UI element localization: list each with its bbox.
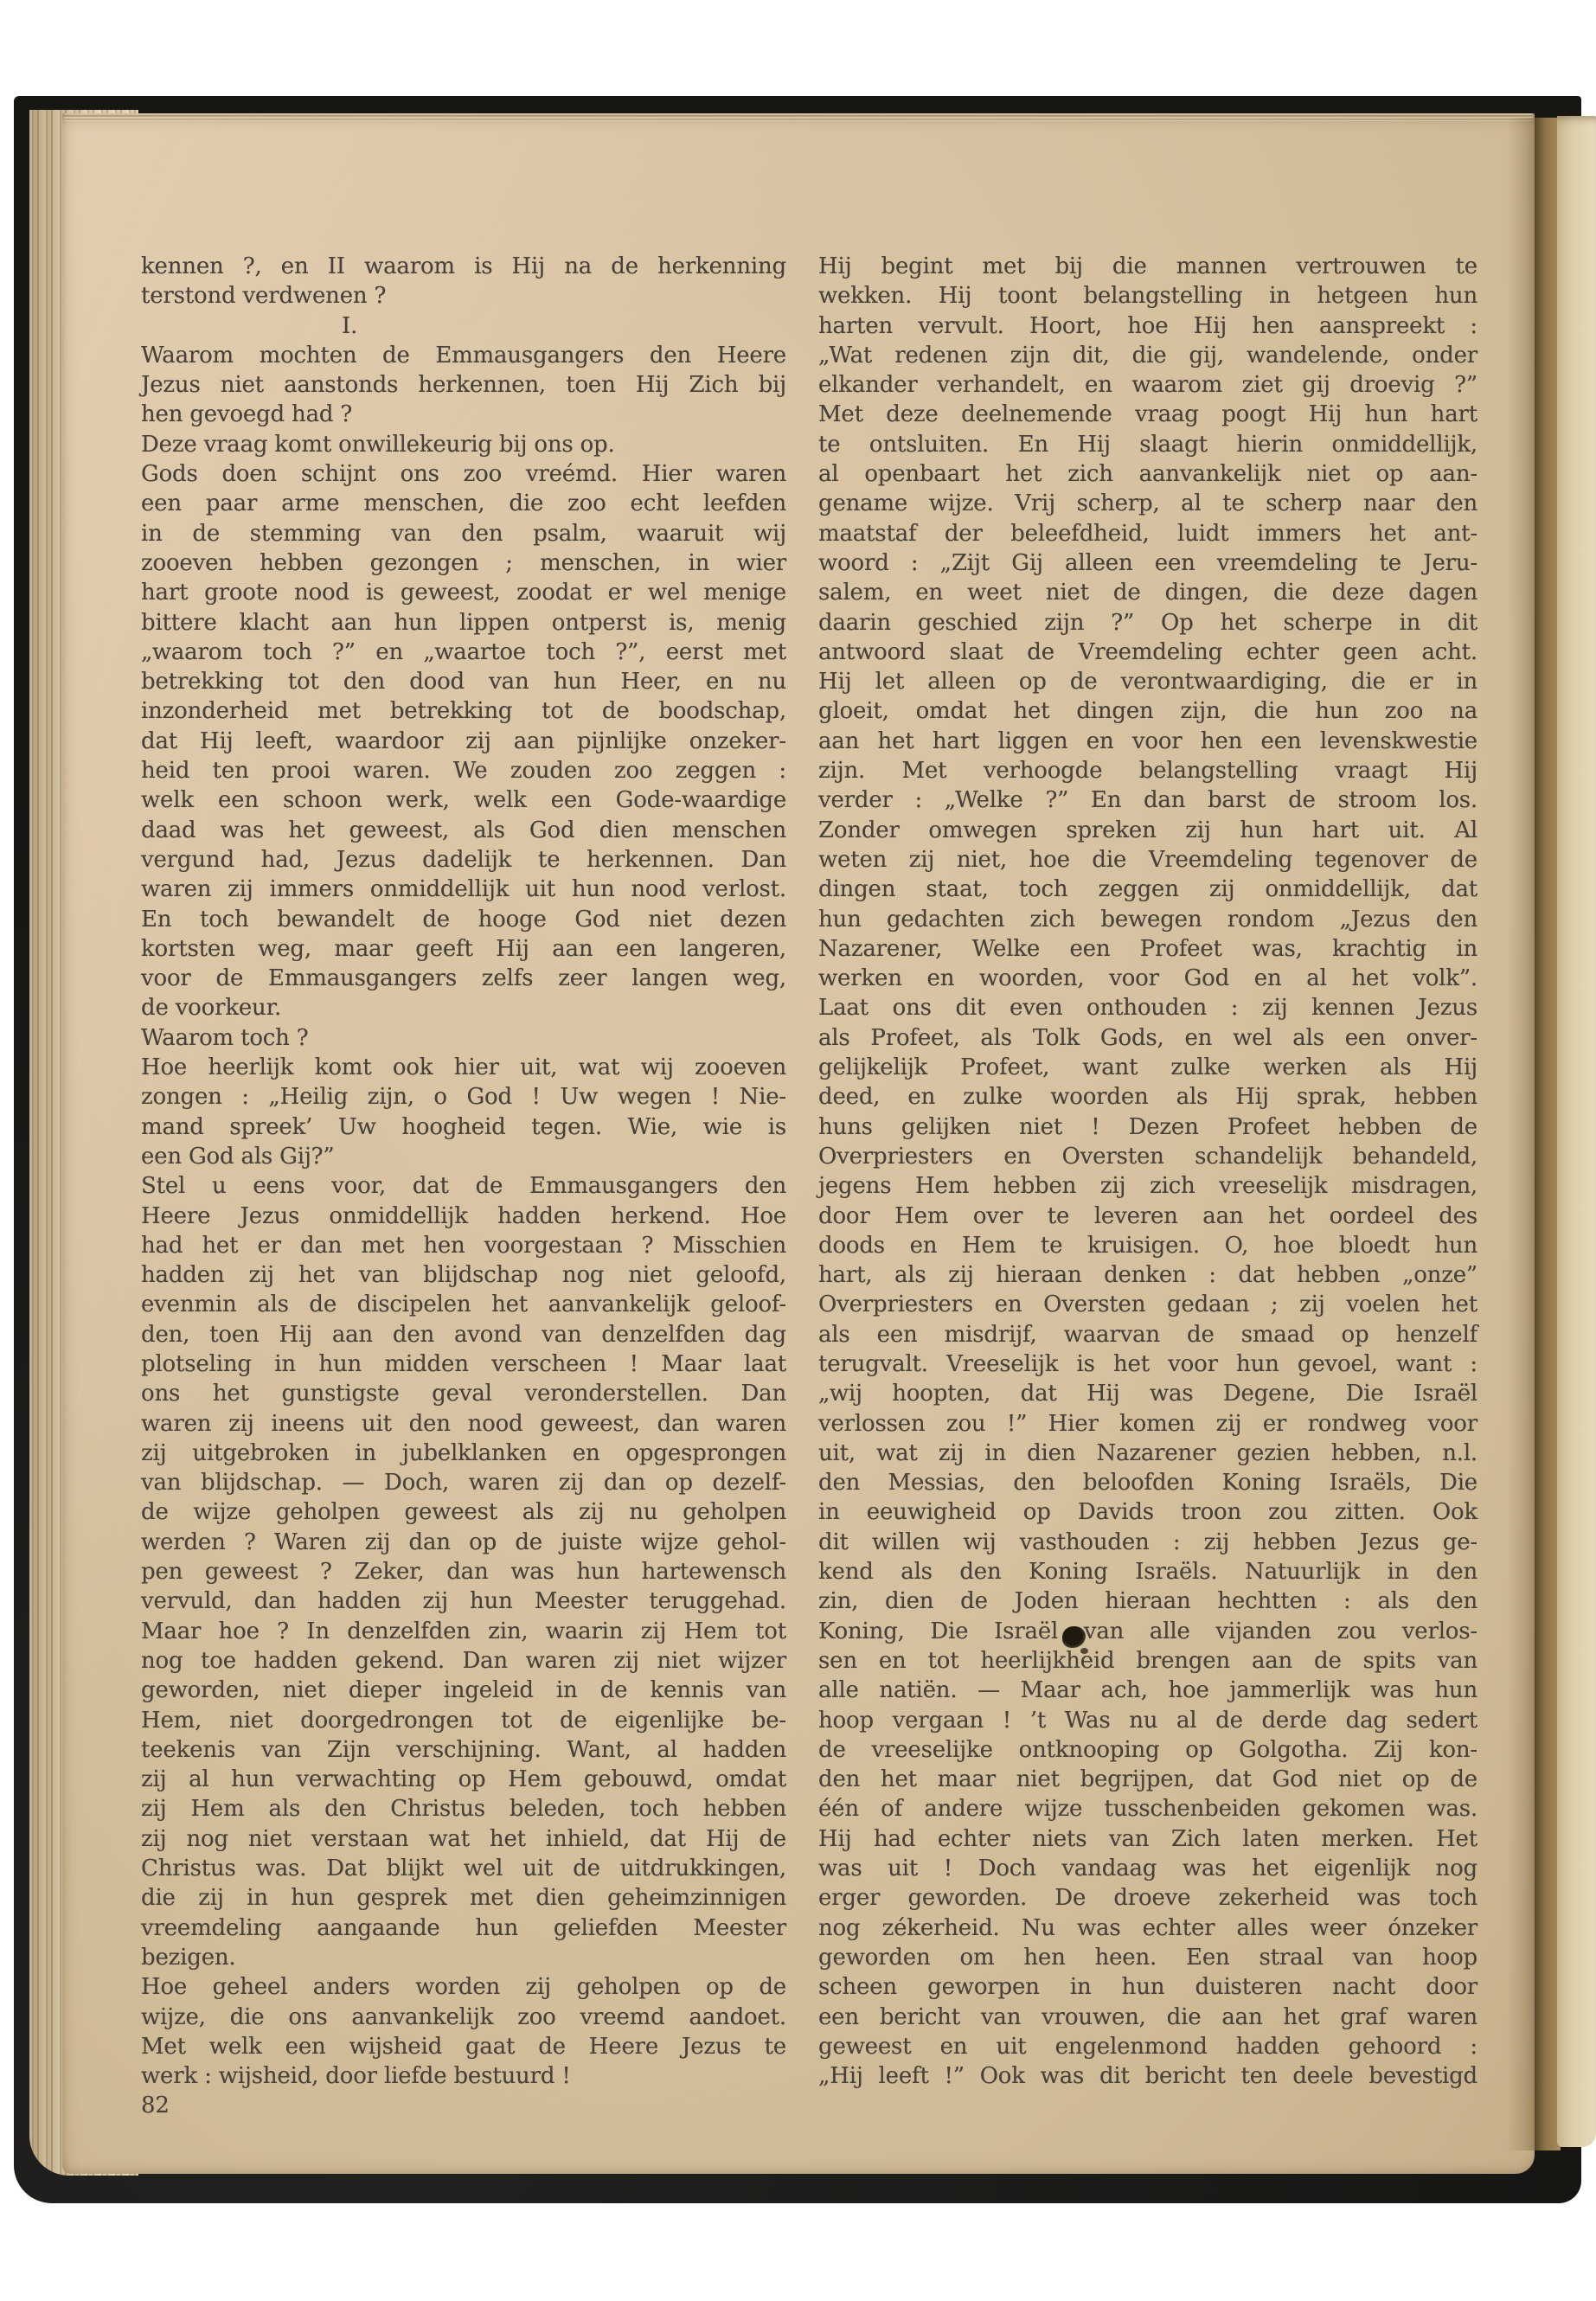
text-line: zijn. Met verhoogde belangstelling vraag… bbox=[818, 756, 1477, 785]
text-line: erger geworden. De droeve zekerheid was … bbox=[818, 1883, 1477, 1913]
text-line: mand spreek’ Uw hoogheid tegen. Wie, wie… bbox=[141, 1112, 786, 1142]
text-line: plotseling in hun midden verscheen ! Maa… bbox=[141, 1349, 786, 1379]
text-line: als Profeet, als Tolk Gods, en wel als e… bbox=[818, 1023, 1477, 1053]
text-line: hart groote nood is geweest, zoodat er w… bbox=[141, 578, 786, 607]
text-line: gloeit, omdat het dingen zijn, die hun z… bbox=[818, 696, 1477, 726]
text-line: deed, en zulke woorden als Hij sprak, he… bbox=[818, 1082, 1477, 1112]
text-line: sen en tot heerlijkheid brengen aan de s… bbox=[818, 1646, 1477, 1676]
text-line: evenmin als de discipelen het aanvankeli… bbox=[141, 1290, 786, 1319]
text-line: terstond verdwenen ? bbox=[141, 281, 786, 311]
text-line: Stel u eens voor, dat de Emmausgangers d… bbox=[141, 1171, 786, 1201]
text-line: kennen ?, en II waarom is Hij na de herk… bbox=[141, 252, 786, 281]
text-line: verder : „Welke ?” En dan barst de stroo… bbox=[818, 785, 1477, 815]
text-line: welk een schoon werk, welk een Gode-waar… bbox=[141, 785, 786, 815]
text-line: ons het gunstigste geval veronderstellen… bbox=[141, 1379, 786, 1408]
text-line: een paar arme menschen, die zoo echt lee… bbox=[141, 489, 786, 518]
text-line: wekken. Hij toont belangstelling in hetg… bbox=[818, 281, 1477, 311]
text-line: Hoe heerlijk komt ook hier uit, wat wij … bbox=[141, 1053, 786, 1082]
text-line: Hij begint met bij die mannen vertrouwen… bbox=[818, 252, 1477, 281]
text-line: wijze, die ons aanvankelijk zoo vreemd a… bbox=[141, 2003, 786, 2032]
text-line: woord : „Zijt Gij alleen een vreemdeling… bbox=[818, 548, 1477, 578]
text-line: uit, wat zij in dien Nazarener gezien he… bbox=[818, 1439, 1477, 1468]
text-line: Hem, niet doorgedrongen tot de eigenlijk… bbox=[141, 1706, 786, 1735]
text-line: door Hem over te leveren aan het oordeel… bbox=[818, 1202, 1477, 1231]
text-line: dingen staat, toch zeggen zij onmiddelli… bbox=[818, 875, 1477, 904]
text-line: in eeuwigheid op Davids troon zou zitten… bbox=[818, 1497, 1477, 1527]
text-line: werken en woorden, voor God en al het vo… bbox=[818, 964, 1477, 993]
text-line: waren zij ineens uit den nood geweest, d… bbox=[141, 1409, 786, 1439]
ink-speck bbox=[1080, 1648, 1088, 1654]
text-line: zij al hun verwachting op Hem gebouwd, o… bbox=[141, 1765, 786, 1794]
text-line: zij Hem als den Christus beleden, toch h… bbox=[141, 1794, 786, 1823]
text-line: maatstaf der beleefdheid, luidt immers h… bbox=[818, 519, 1477, 548]
text-line: die zij in hun gesprek met dien geheimzi… bbox=[141, 1883, 786, 1913]
text-line: in de stemming van den psalm, waaruit wi… bbox=[141, 519, 786, 548]
text-line: geworden, niet dieper ingeleid in de ken… bbox=[141, 1676, 786, 1705]
text-line: vergund had, Jezus dadelijk te herkennen… bbox=[141, 845, 786, 875]
text-line: bezigen. bbox=[141, 1943, 786, 1972]
text-line: den Messias, den beloofden Koning Israël… bbox=[818, 1468, 1477, 1497]
text-line: te ontsluiten. En Hij slaagt hierin onmi… bbox=[818, 430, 1477, 459]
text-line: zij nog niet verstaan wat het inhield, d… bbox=[141, 1824, 786, 1854]
text-line: terugvalt. Vreeselijk is het voor hun ge… bbox=[818, 1349, 1477, 1379]
text-line: verlossen zou !” Hier komen zij er rondw… bbox=[818, 1409, 1477, 1439]
text-line: Laat ons dit even onthouden : zij kennen… bbox=[818, 993, 1477, 1022]
text-line: Overpriesters en Oversten schandelijk be… bbox=[818, 1142, 1477, 1171]
text-line: heid ten prooi waren. We zouden zoo zegg… bbox=[141, 756, 786, 785]
text-line: aan het hart liggen en voor hen een leve… bbox=[818, 727, 1477, 756]
text-line: hen gevoegd had ? bbox=[141, 400, 786, 429]
text-line: Zonder omwegen spreken zij hun hart uit.… bbox=[818, 816, 1477, 845]
text-line: „Wat redenen zijn dit, die gij, wandelen… bbox=[818, 341, 1477, 370]
text-line: inzonderheid met betrekking tot de boods… bbox=[141, 696, 786, 726]
text-line: Deze vraag komt onwillekeurig bij ons op… bbox=[141, 430, 786, 459]
text-line: als een misdrijf, waarvan de smaad op he… bbox=[818, 1320, 1477, 1349]
text-line: werden ? Waren zij dan op de juiste wijz… bbox=[141, 1528, 786, 1557]
gutter-shadow bbox=[1507, 118, 1561, 2150]
text-line: zin, dien de Joden hieraan hechtten : al… bbox=[818, 1586, 1477, 1616]
text-line: kortsten weg, maar geeft Hij aan een lan… bbox=[141, 934, 786, 964]
text-line: teekenis van Zijn verschijning. Want, al… bbox=[141, 1735, 786, 1765]
text-line: vreemdeling aangaande hun geliefden Mees… bbox=[141, 1913, 786, 1943]
text-line: scheen geworpen in hun duisteren nacht d… bbox=[818, 1972, 1477, 2002]
text-line: hun gedachten zich bewegen rondom „Jezus… bbox=[818, 905, 1477, 934]
text-line: een bericht van vrouwen, die aan het gra… bbox=[818, 2003, 1477, 2032]
text-line: Met welk een wijsheid gaat de Heere Jezu… bbox=[141, 2032, 786, 2061]
text-line: van blijdschap. — Doch, waren zij dan op… bbox=[141, 1468, 786, 1497]
text-line: Hij let alleen op de verontwaardiging, d… bbox=[818, 667, 1477, 696]
text-line: „waarom toch ?” en „waartoe toch ?”, eer… bbox=[141, 638, 786, 667]
text-line: zooeven hebben gezongen ; menschen, in w… bbox=[141, 548, 786, 578]
text-line: was uit ! Doch vandaag was het eigenlijk… bbox=[818, 1854, 1477, 1883]
text-line: gename wijze. Vrij scherp, al te scherp … bbox=[818, 489, 1477, 518]
text-line: al openbaart het zich aanvankelijk niet … bbox=[818, 459, 1477, 489]
text-line: Nazarener, Welke een Profeet was, kracht… bbox=[818, 934, 1477, 964]
text-line: huns gelijken niet ! Dezen Profeet hebbe… bbox=[818, 1112, 1477, 1142]
text-line: antwoord slaat de Vreemdeling echter gee… bbox=[818, 638, 1477, 667]
text-line: hart, als zij hieraan denken : dat hebbe… bbox=[818, 1260, 1477, 1290]
text-line: doods en Hem te kruisigen. O, hoe bloedt… bbox=[818, 1231, 1477, 1260]
text-line: vervuld, dan hadden zij hun Meester teru… bbox=[141, 1586, 786, 1616]
section-numeral: I. bbox=[141, 311, 786, 341]
text-line: een God als Gij?” bbox=[141, 1142, 786, 1171]
text-line: de vreeselijke ontknooping op Golgotha. … bbox=[818, 1735, 1477, 1765]
text-line: kend als den Koning Israëls. Natuurlijk … bbox=[818, 1557, 1477, 1586]
text-line: Gods doen schijnt ons zoo vreémd. Hier w… bbox=[141, 459, 786, 489]
text-line: Waarom mochten de Emmausgangers den Heer… bbox=[141, 341, 786, 370]
text-line: bittere klacht aan hun lippen ontperst i… bbox=[141, 608, 786, 638]
text-line: elkander verhandelt, en waarom ziet gij … bbox=[818, 370, 1477, 400]
text-line: Waarom toch ? bbox=[141, 1023, 786, 1053]
text-line: jegens Hem hebben zij zich vreeselijk mi… bbox=[818, 1171, 1477, 1201]
text-line: salem, en weet niet de dingen, die deze … bbox=[818, 578, 1477, 607]
text-line: één of andere wijze tusschenbeiden gekom… bbox=[818, 1794, 1477, 1823]
scanned-book-page: { "document": { "type": "scanned book pa… bbox=[0, 0, 1596, 2301]
text-line: daad was het geweest, als God dien mensc… bbox=[141, 816, 786, 845]
right-column: Hij begint met bij die mannen vertrouwen… bbox=[818, 252, 1477, 2091]
text-line: weten zij niet, hoe die Vreemdeling tege… bbox=[818, 845, 1477, 875]
text-line: geweest en uit engelenmond hadden gehoor… bbox=[818, 2032, 1477, 2061]
text-line: dat Hij leeft, waardoor zij aan pijnlijk… bbox=[141, 727, 786, 756]
text-line: Met deze deelnemende vraag poogt Hij hun… bbox=[818, 400, 1477, 429]
text-line: Hoe geheel anders worden zij geholpen op… bbox=[141, 1972, 786, 2002]
text-line: gelijkelijk Profeet, want zulke werken a… bbox=[818, 1053, 1477, 1082]
text-line: betrekking tot den dood van hun Heer, en… bbox=[141, 667, 786, 696]
text-line: Koning, Die Israël van alle vijanden zou… bbox=[818, 1617, 1477, 1646]
text-line: den, toen Hij aan den avond van denzelfd… bbox=[141, 1320, 786, 1349]
text-line: zongen : „Heilig zijn, o God ! Uw wegen … bbox=[141, 1082, 786, 1112]
text-line: Christus was. Dat blijkt wel uit de uitd… bbox=[141, 1854, 786, 1883]
text-line: de wijze geholpen geweest als zij nu geh… bbox=[141, 1497, 786, 1527]
top-page-edges bbox=[64, 113, 1533, 121]
text-line: nog zékerheid. Nu was echter alles weer … bbox=[818, 1913, 1477, 1943]
text-line: waren zij immers onmiddellijk uit hun no… bbox=[141, 875, 786, 904]
text-line: En toch bewandelt de hooge God niet deze… bbox=[141, 905, 786, 934]
text-line: hoop vergaan ! ’t Was nu al de derde dag… bbox=[818, 1706, 1477, 1735]
left-column: kennen ?, en II waarom is Hij na de herk… bbox=[141, 252, 786, 2121]
text-line: zij uitgebroken in jubelklanken en opges… bbox=[141, 1439, 786, 1468]
text-line: de voorkeur. bbox=[141, 993, 786, 1022]
text-line: hadden zij het van blijdschap nog niet g… bbox=[141, 1260, 786, 1290]
text-line: Overpriesters en Oversten gedaan ; zij v… bbox=[818, 1290, 1477, 1319]
text-line: had het er dan met hen voorgestaan ? Mis… bbox=[141, 1231, 786, 1260]
text-line: Jezus niet aanstonds herkennen, toen Hij… bbox=[141, 370, 786, 400]
text-line: dit willen wij vasthouden : zij hebben J… bbox=[818, 1528, 1477, 1557]
text-line: voor de Emmausgangers zelfs zeer langen … bbox=[141, 964, 786, 993]
text-line: harten vervult. Hoort, hoe Hij hen aansp… bbox=[818, 311, 1477, 341]
text-line: alle natiën. — Maar ach, hoe jammerlijk … bbox=[818, 1676, 1477, 1705]
adjacent-page-edge bbox=[1557, 116, 1596, 2147]
text-line: geworden om hen heen. Een straal van hoo… bbox=[818, 1943, 1477, 1972]
text-line: „wij hoopten, dat Hij was Degene, Die Is… bbox=[818, 1379, 1477, 1408]
text-line: Hij had echter niets van Zich laten merk… bbox=[818, 1824, 1477, 1854]
text-line: pen geweest ? Zeker, dan was hun hartewe… bbox=[141, 1557, 786, 1586]
text-line: den het maar niet begrijpen, dat God nie… bbox=[818, 1765, 1477, 1794]
text-line: Heere Jezus onmiddellijk hadden herkend.… bbox=[141, 1202, 786, 1231]
text-line: daarin geschied zijn ?” Op het scherpe i… bbox=[818, 608, 1477, 638]
text-line: nog toe hadden gekend. Dan waren zij nie… bbox=[141, 1646, 786, 1676]
text-line: werk : wijsheid, door liefde bestuurd ! bbox=[141, 2061, 786, 2091]
text-line: „Hij leeft !” Ook was dit bericht ten de… bbox=[818, 2061, 1477, 2091]
page-number: 82 bbox=[141, 2091, 786, 2120]
text-line: Maar hoe ? In denzelfden zin, waarin zij… bbox=[141, 1617, 786, 1646]
